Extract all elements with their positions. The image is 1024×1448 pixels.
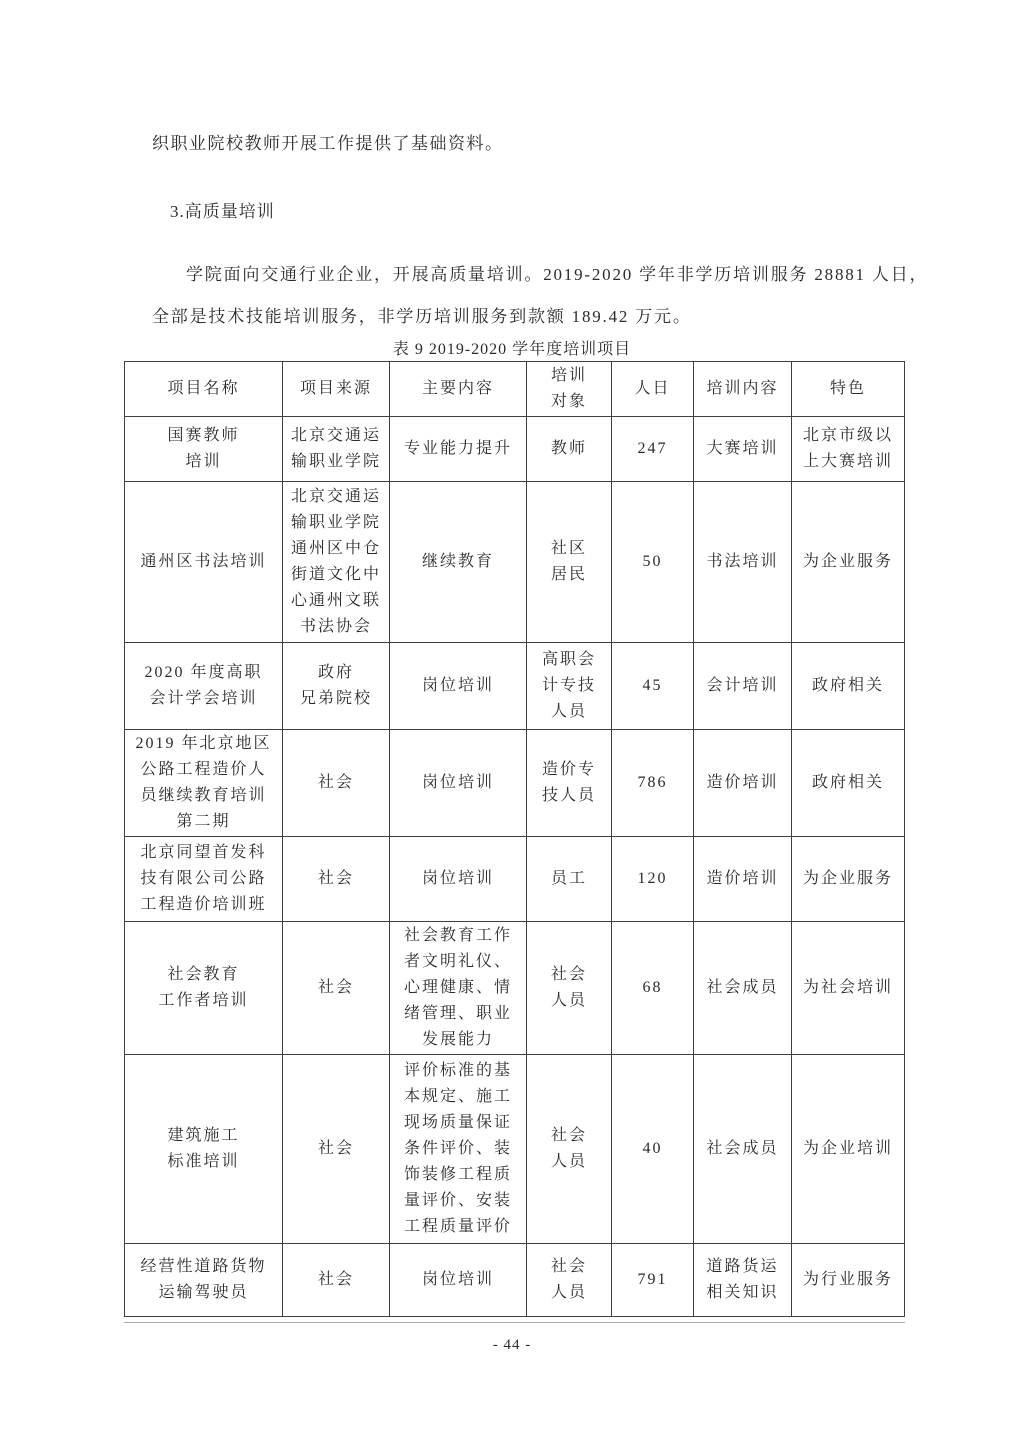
table-cell: 247: [612, 417, 694, 482]
table-cell: 社会成员: [694, 922, 792, 1055]
table-cell: 继续教育: [390, 482, 527, 643]
table-clipped-row-line: [124, 1322, 905, 1323]
table-cell: 2020 年度高职 会计学会培训: [125, 643, 283, 730]
table-cell: 社会 人员: [527, 1244, 612, 1317]
table-cell: 786: [612, 730, 694, 837]
table-row: 国赛教师 培训 北京交通运 输职业学院 专业能力提升 教师 247 大赛培训 北…: [125, 417, 905, 482]
column-header-feature: 特色: [792, 362, 905, 417]
table-cell: 造价培训: [694, 837, 792, 922]
table-cell: 员工: [527, 837, 612, 922]
table-cell: 社会: [283, 837, 390, 922]
table-cell: 会计培训: [694, 643, 792, 730]
table-cell: 政府 兄弟院校: [283, 643, 390, 730]
table-cell: 专业能力提升: [390, 417, 527, 482]
table-cell: 2019 年北京地区 公路工程造价人 员继续教育培训 第二期: [125, 730, 283, 837]
document-page: 织职业院校教师开展工作提供了基础资料。 3.高质量培训 学院面向交通行业企业，开…: [0, 0, 1024, 1448]
page-number: - 44 -: [0, 1337, 1024, 1354]
table-cell: 791: [612, 1244, 694, 1317]
paragraph-continuation: 织职业院校教师开展工作提供了基础资料。: [0, 0, 1024, 155]
table-row: 2020 年度高职 会计学会培训 政府 兄弟院校 岗位培训 高职会 计专技 人员…: [125, 643, 905, 730]
column-header-person-days: 人日: [612, 362, 694, 417]
table-cell: 岗位培训: [390, 1244, 527, 1317]
table-cell: 社会: [283, 1244, 390, 1317]
table-cell: 为社会培训: [792, 922, 905, 1055]
table-cell: 45: [612, 643, 694, 730]
table-cell: 高职会 计专技 人员: [527, 643, 612, 730]
table-cell: 通州区书法培训: [125, 482, 283, 643]
table-cell: 书法培训: [694, 482, 792, 643]
table-cell: 政府相关: [792, 730, 905, 837]
table-cell: 道路货运 相关知识: [694, 1244, 792, 1317]
column-header-training-target: 培训 对象: [527, 362, 612, 417]
table-cell: 120: [612, 837, 694, 922]
table-cell: 造价专 技人员: [527, 730, 612, 837]
table-cell: 社会教育 工作者培训: [125, 922, 283, 1055]
body-paragraph-line-2: 全部是技术技能培训服务，非学历培训服务到款额 189.42 万元。: [152, 306, 1024, 328]
column-header-training-content: 培训内容: [694, 362, 792, 417]
table-cell: 为行业服务: [792, 1244, 905, 1317]
table-cell: 40: [612, 1055, 694, 1244]
table-cell: 68: [612, 922, 694, 1055]
table-cell: 大赛培训: [694, 417, 792, 482]
table-cell: 岗位培训: [390, 643, 527, 730]
body-paragraph-line-1: 学院面向交通行业企业，开展高质量培训。2019-2020 学年非学历培训服务 2…: [152, 264, 1024, 286]
table-cell: 国赛教师 培训: [125, 417, 283, 482]
table-cell: 北京市级以 上大赛培训: [792, 417, 905, 482]
column-header-project-name: 项目名称: [125, 362, 283, 417]
table-cell: 岗位培训: [390, 837, 527, 922]
table-row: 通州区书法培训 北京交通运 输职业学院 通州区中仓 街道文化中 心通州文联 书法…: [125, 482, 905, 643]
table-row: 社会教育 工作者培训 社会 社会教育工作 者文明礼仪、 心理健康、情 绪管理、职…: [125, 922, 905, 1055]
table-cell: 造价培训: [694, 730, 792, 837]
table-cell: 50: [612, 482, 694, 643]
table-cell: 教师: [527, 417, 612, 482]
table-cell: 社会: [283, 730, 390, 837]
table-cell: 经营性道路货物 运输驾驶员: [125, 1244, 283, 1317]
table-caption: 表 9 2019-2020 学年度培训项目: [0, 339, 1024, 360]
section-heading: 3.高质量培训: [170, 201, 1024, 223]
table-cell: 政府相关: [792, 643, 905, 730]
column-header-project-source: 项目来源: [283, 362, 390, 417]
column-header-main-content: 主要内容: [390, 362, 527, 417]
table-cell: 社会成员: [694, 1055, 792, 1244]
table-cell: 社会: [283, 922, 390, 1055]
table-cell: 社区 居民: [527, 482, 612, 643]
table-cell: 社会教育工作 者文明礼仪、 心理健康、情 绪管理、职业 发展能力: [390, 922, 527, 1055]
table-cell: 为企业服务: [792, 837, 905, 922]
table-cell: 社会: [283, 1055, 390, 1244]
table-cell: 建筑施工 标准培训: [125, 1055, 283, 1244]
table-cell: 北京交通运 输职业学院: [283, 417, 390, 482]
table-cell: 社会 人员: [527, 1055, 612, 1244]
table-cell: 为企业培训: [792, 1055, 905, 1244]
table-cell: 社会 人员: [527, 922, 612, 1055]
table-row: 建筑施工 标准培训 社会 评价标准的基 本规定、施工 现场质量保证 条件评价、装…: [125, 1055, 905, 1244]
table-row: 北京同望首发科 技有限公司公路 工程造价培训班 社会 岗位培训 员工 120 造…: [125, 837, 905, 922]
table-row: 经营性道路货物 运输驾驶员 社会 岗位培训 社会 人员 791 道路货运 相关知…: [125, 1244, 905, 1317]
table-cell: 北京同望首发科 技有限公司公路 工程造价培训班: [125, 837, 283, 922]
training-projects-table: 项目名称 项目来源 主要内容 培训 对象 人日 培训内容 特色 国赛教师 培训 …: [124, 361, 905, 1317]
table-cell: 北京交通运 输职业学院 通州区中仓 街道文化中 心通州文联 书法协会: [283, 482, 390, 643]
table-cell: 岗位培训: [390, 730, 527, 837]
table-row: 2019 年北京地区 公路工程造价人 员继续教育培训 第二期 社会 岗位培训 造…: [125, 730, 905, 837]
table-cell: 为企业服务: [792, 482, 905, 643]
table-cell: 评价标准的基 本规定、施工 现场质量保证 条件评价、装 饰装修工程质 量评价、安…: [390, 1055, 527, 1244]
table-header-row: 项目名称 项目来源 主要内容 培训 对象 人日 培训内容 特色: [125, 362, 905, 417]
